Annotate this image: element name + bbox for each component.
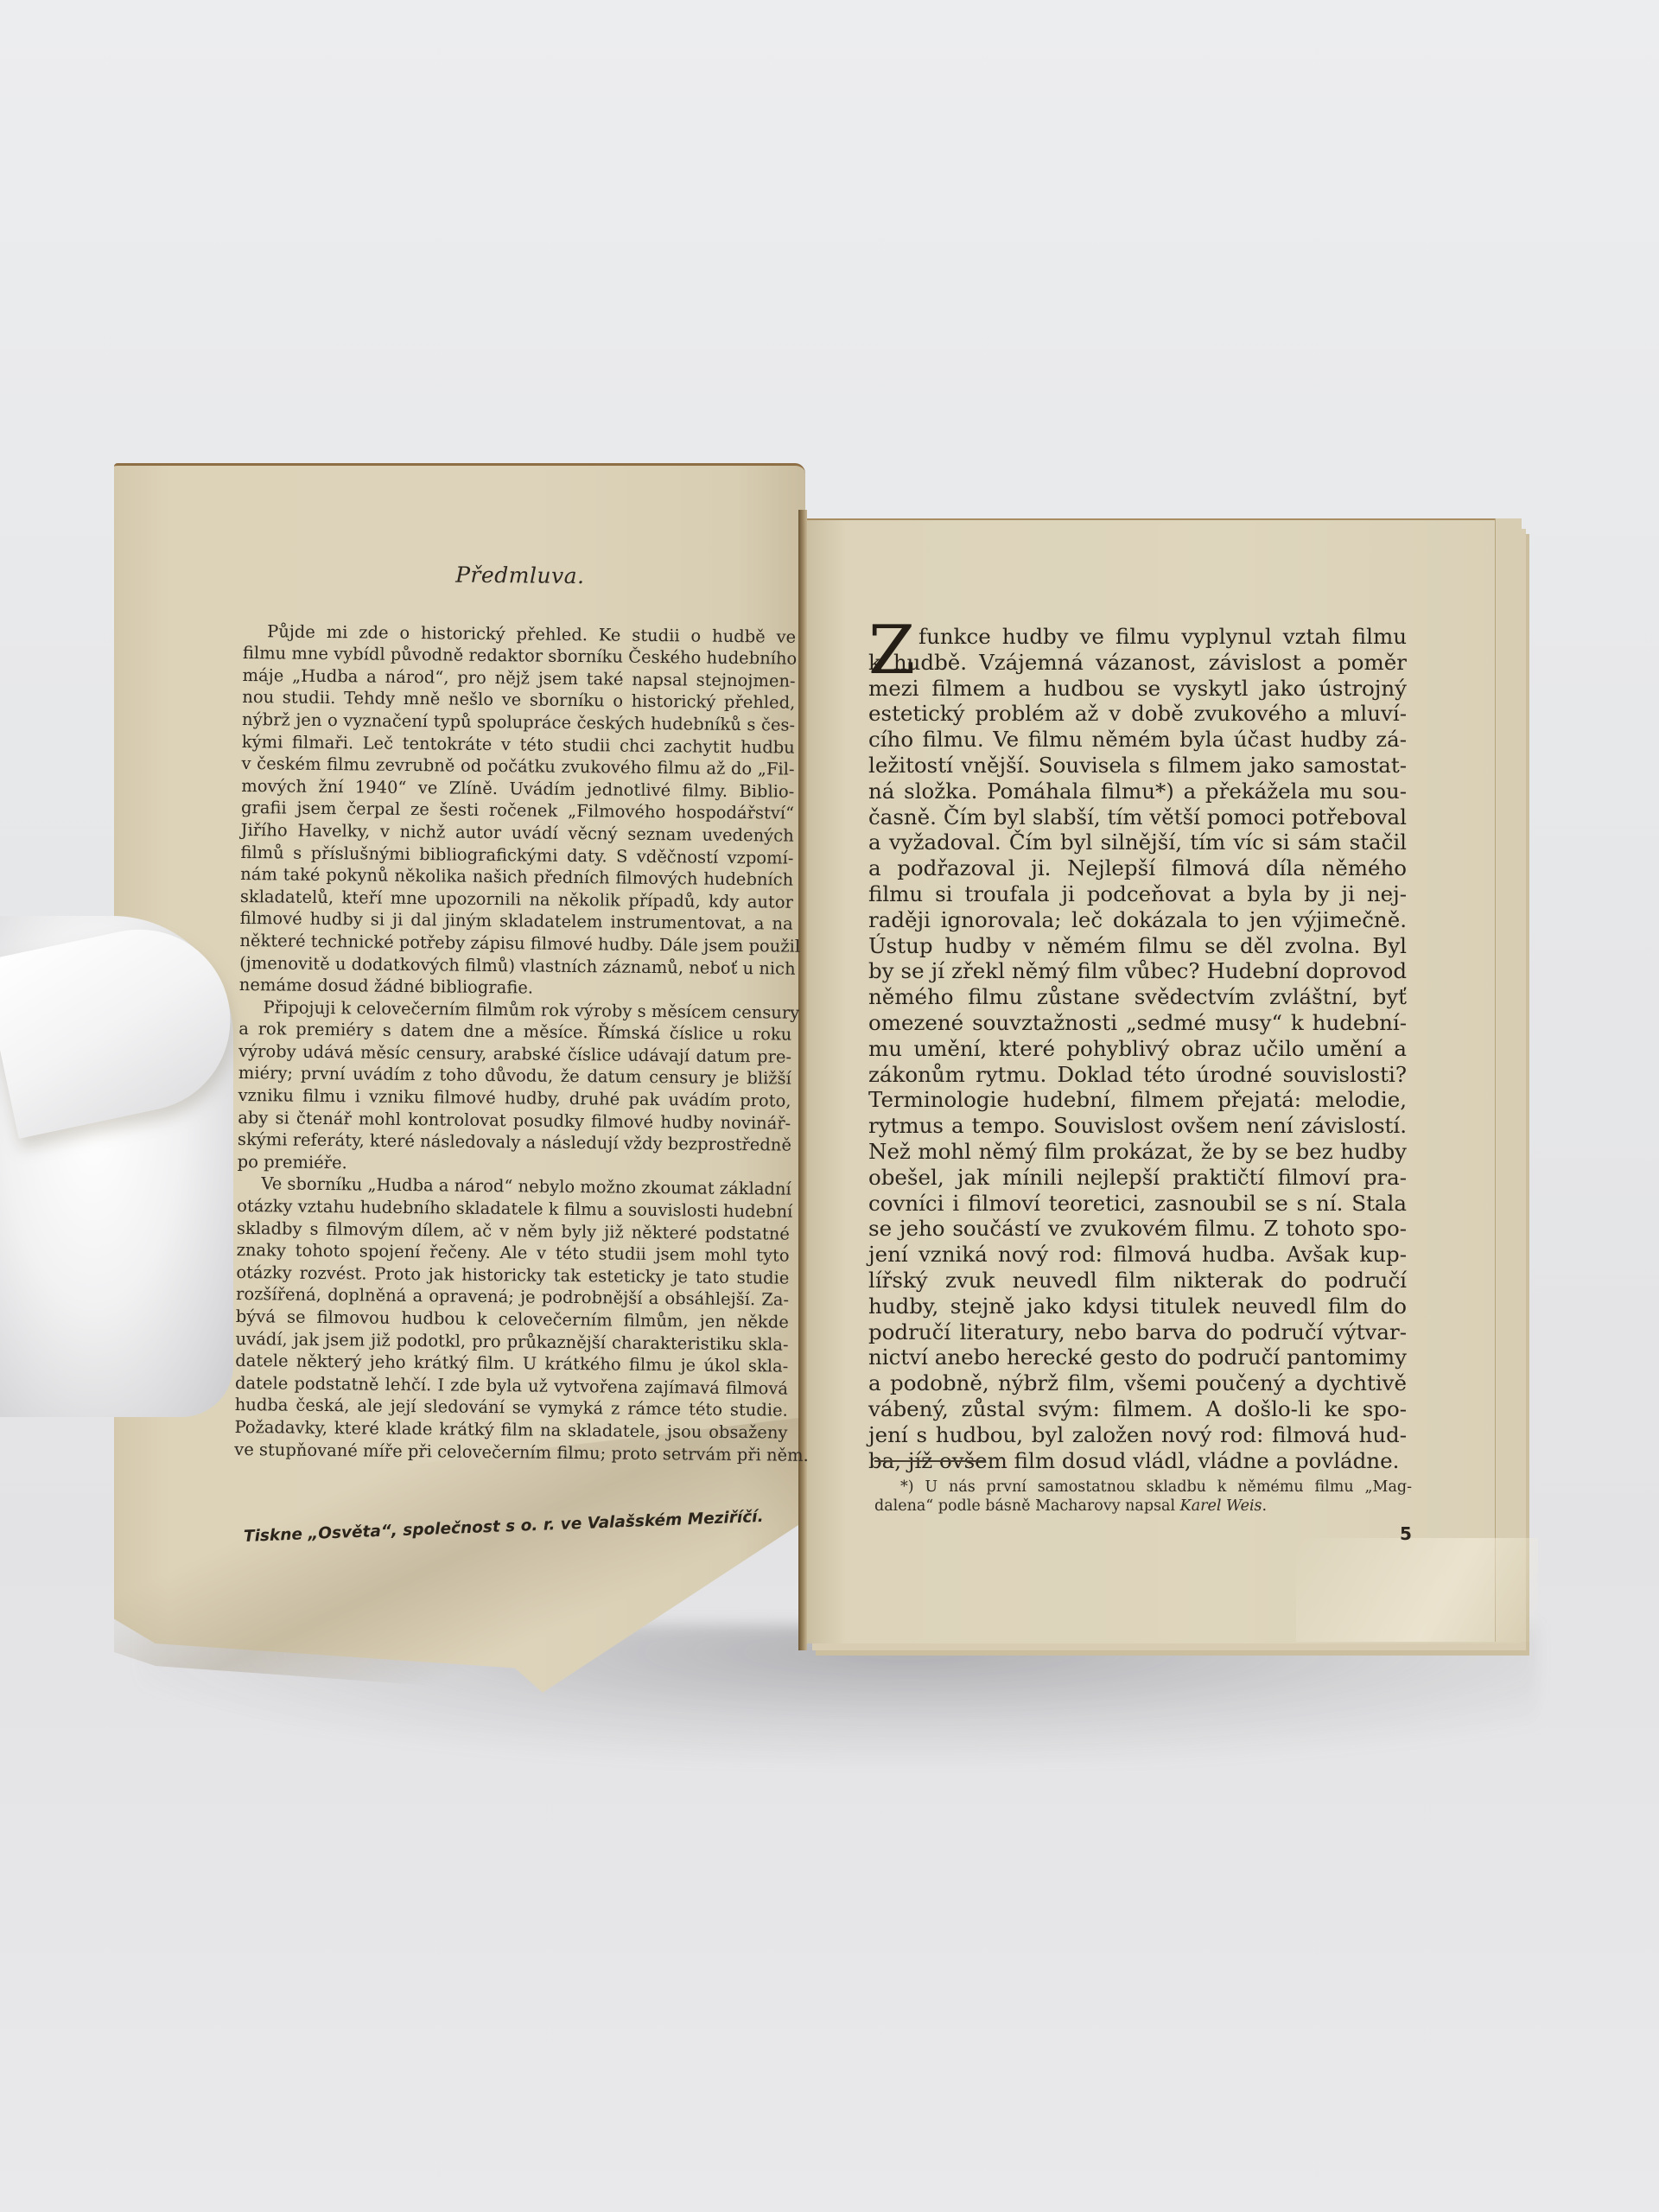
text-line: a vyžadoval. Čím byl silnější, tím víc s… [868,829,1407,855]
text-line: mezi filmem a hudbou se vyskytl jako úst… [868,676,1407,702]
drop-cap: Z [868,620,915,681]
text-line: omezené souvztažnosti „sedmé musy“ k hud… [868,1010,1407,1036]
text-line: a podřazoval ji. Nejlepší filmová díla n… [868,855,1407,881]
paragraph: Připojuji k celovečerním filmům rok výro… [238,996,792,1179]
chapter-body: funkce hudby ve filmu vyplynul vztah fil… [868,624,1407,1473]
text-line: by se jí zřekl němý film vůbec? Hudební … [868,958,1407,984]
paragraph: Ve sborníku „Hudba a národ“ nebylo možno… [234,1173,790,1465]
text-line: raději ignorovala; leč dokázala to jen v… [868,907,1407,933]
text-line: hudby, stejně jako kdysi titulek neuvedl… [868,1294,1407,1319]
footnote-line: *) U nás první samostatnou skladbu k něm… [874,1478,1412,1497]
footnote: *) U nás první samostatnou skladbu k něm… [874,1478,1412,1516]
footnote-author: Karel Weis [1180,1497,1262,1515]
text-line: Ústup hudby v němém filmu se děl zvolna.… [868,933,1407,959]
text-line: se jeho součástí ve zvukovém filmu. Z to… [868,1216,1407,1242]
text-line: cího filmu. Ve filmu němém byla účast hu… [868,727,1407,753]
text-line: vábený, zůstal svým: filmem. A došlo-li … [868,1396,1407,1422]
text-line: područí literatury, nebo barva do područ… [868,1319,1407,1345]
text-line: zákonům rytmu. Doklad této úrodné souvis… [868,1062,1407,1088]
footnote-rule [874,1460,985,1462]
text-line: časně. Čím byl slabší, tím větší pomoci … [868,804,1407,830]
text-line: Než mohl němý film prokázat, že by se be… [868,1139,1407,1165]
text-line: němého filmu zůstane svědectvím zvláštní… [868,984,1407,1010]
book-gutter [798,510,807,1650]
text-line: nictví anebo herecké gesto do područí pa… [868,1344,1407,1370]
text-line: estetický problém až v době zvukového a … [868,701,1407,727]
text-line: ležitostí vnější. Souvisela s filmem jak… [868,753,1407,779]
text-line: filmu si troufala ji podceňovat a byla b… [868,881,1407,907]
paragraph: Půjde mi zde o historický přehled. Ke st… [239,620,797,1002]
text-line: mu umění, které pohyblivý obraz učilo um… [868,1036,1407,1062]
left-page-text: Předmluva. Půjde mi zde o historický pře… [234,562,797,1466]
page-title: Předmluva. [244,562,797,589]
page-number: 5 [1400,1523,1412,1544]
text-line: funkce hudby ve filmu vyplynul vztah fil… [868,624,1407,650]
text-line: k hudbě. Vzájemná vázanost, závislost a … [868,650,1407,676]
right-page-text: Z funkce hudby ve filmu vyplynul vztah f… [868,624,1407,1473]
text-line: covníci i filmoví teoretici, zasnoubil s… [868,1191,1407,1217]
right-page-edge [1495,518,1522,1642]
text-line: lířský zvuk neuvedl film nikterak do pod… [868,1268,1407,1294]
text-line: ná složka. Pomáhala filmu*) a překážela … [868,779,1407,804]
preface-body: Půjde mi zde o historický přehled. Ke st… [234,620,796,1466]
footnote-line: dalena“ podle básně Macharovy napsal Kar… [874,1497,1412,1516]
text-line: Terminologie hudební, filmem přejatá: me… [868,1087,1407,1113]
text-line: jení vzniká nový rod: filmová hudba. Avš… [868,1242,1407,1268]
text-line: jení s hudbou, byl založen nový rod: fil… [868,1422,1407,1448]
text-line: a podobně, nýbrž film, všemi poučený a d… [868,1370,1407,1396]
text-line: obešel, jak mínili nejlepší praktičtí fi… [868,1165,1407,1191]
text-line: rytmus a tempo. Souvislost ovšem není zá… [868,1113,1407,1139]
